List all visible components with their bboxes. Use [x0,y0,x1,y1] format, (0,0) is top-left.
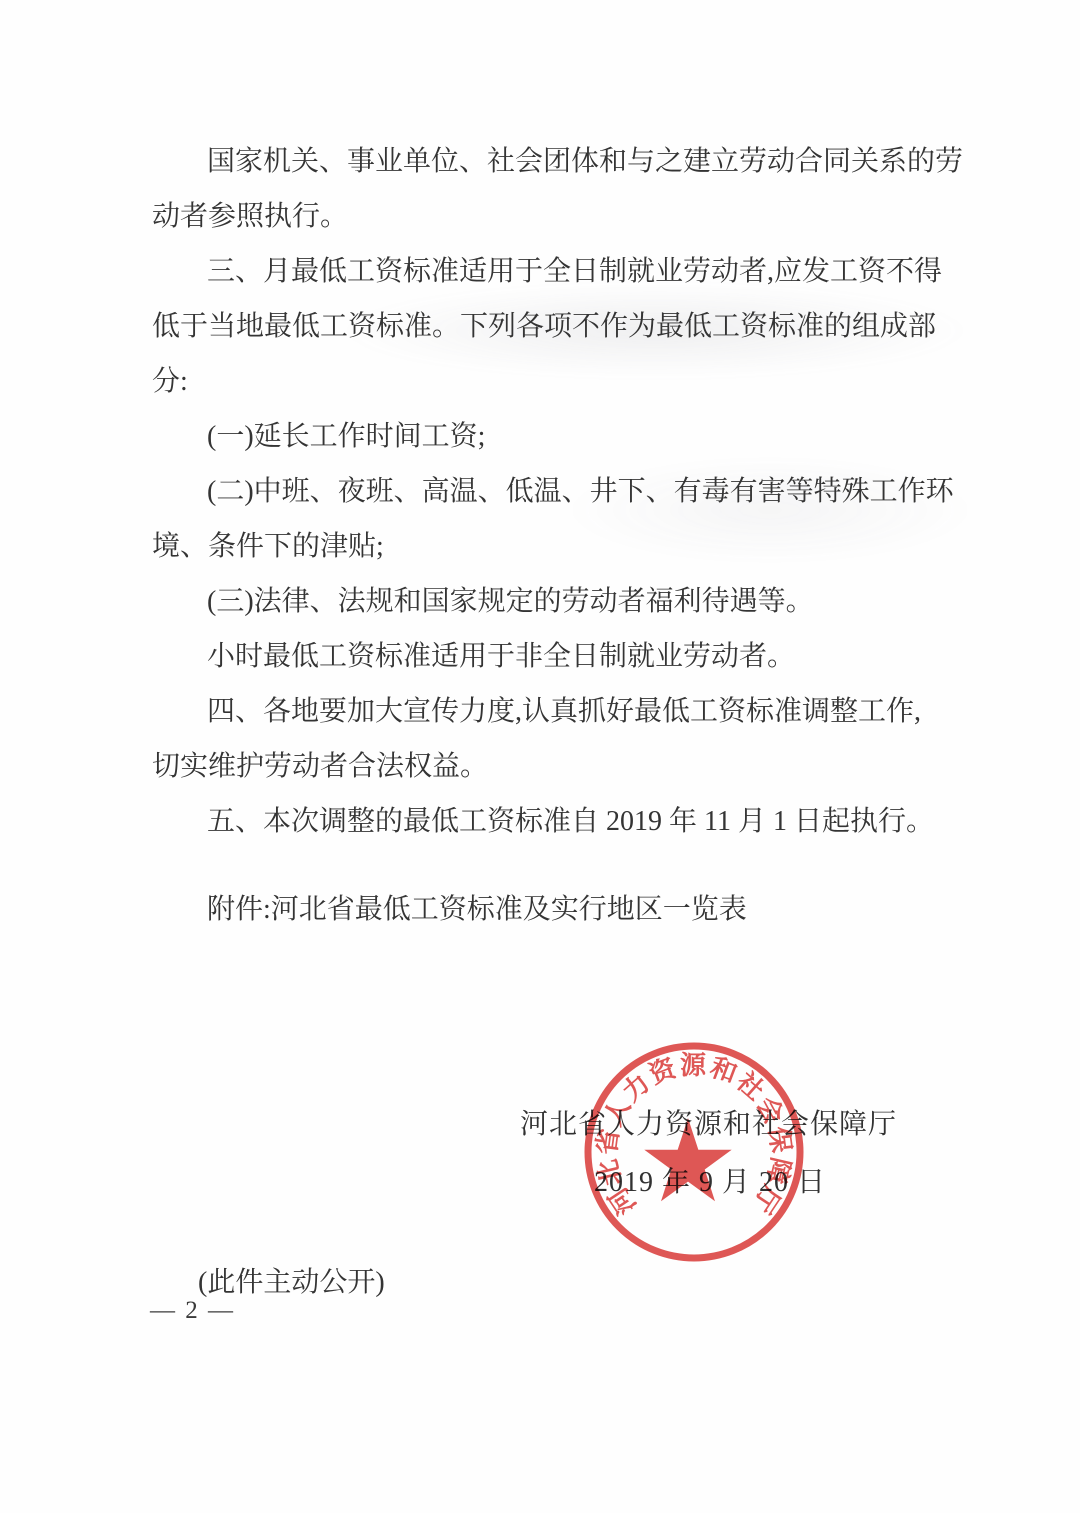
text-line: 动者参照执行。 [152,189,1032,244]
text-line: (三)法律、法规和国家规定的劳动者福利待遇等。 [152,574,1032,629]
official-seal: 河北省人力资源和社会保障厅 [581,1039,807,1265]
text-line: 国家机关、事业单位、社会团体和与之建立劳动合同关系的劳 [152,134,1032,189]
text-line: (一)延长工作时间工资; [152,409,1032,464]
page-number: — 2 — [150,1297,235,1325]
text-line: 切实维护劳动者合法权益。 [152,739,1032,794]
star-icon [644,1118,731,1201]
text-line: (二)中班、夜班、高温、低温、井下、有毒有害等特殊工作环 [152,464,1032,519]
document-body: 国家机关、事业单位、社会团体和与之建立劳动合同关系的劳动者参照执行。三、月最低工… [152,134,1032,937]
text-line: 五、本次调整的最低工资标准自 2019 年 11 月 1 日起执行。 [152,794,1032,849]
text-line: 三、月最低工资标准适用于全日制就业劳动者,应发工资不得 [152,244,1032,299]
text-line: 四、各地要加大宣传力度,认真抓好最低工资标准调整工作, [152,684,1032,739]
text-line: 分: [152,354,1032,409]
document-page: 国家机关、事业单位、社会团体和与之建立劳动合同关系的劳动者参照执行。三、月最低工… [0,0,1080,1513]
text-line: 低于当地最低工资标准。下列各项不作为最低工资标准的组成部 [152,299,1032,354]
text-line: 小时最低工资标准适用于非全日制就业劳动者。 [152,629,1032,684]
text-line: 境、条件下的津贴; [152,519,1032,574]
attachment-line: 附件:河北省最低工资标准及实行地区一览表 [152,882,1032,937]
disclosure-note: (此件主动公开) [198,1260,385,1300]
